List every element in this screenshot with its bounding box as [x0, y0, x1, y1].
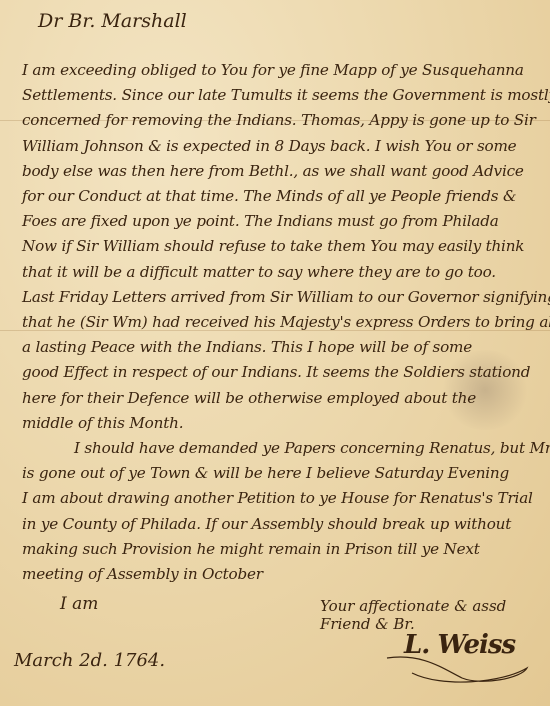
body-line: I should have demanded ye Papers concern… — [22, 436, 542, 461]
body-line: Foes are fixed upon ye point. The Indian… — [22, 209, 542, 234]
body-line: William Johnson & is expected in 8 Days … — [22, 134, 542, 159]
body-line: is gone out of ye Town & will be here I … — [22, 461, 542, 486]
signature: L. Weiss — [404, 630, 515, 660]
body-line: I am exceeding obliged to You for ye fin… — [22, 58, 542, 83]
letter-page: Dr Br. Marshall I am exceeding obliged t… — [0, 0, 550, 706]
letter-body: I am exceeding obliged to You for ye fin… — [22, 58, 542, 587]
body-line: a lasting Peace with the Indians. This I… — [22, 335, 542, 360]
body-line: for our Conduct at that time. The Minds … — [22, 184, 542, 209]
body-line: here for their Defence will be otherwise… — [22, 386, 542, 411]
letter-date: March 2d. 1764. — [14, 650, 165, 671]
body-line: in ye County of Philada. If our Assembly… — [22, 512, 542, 537]
body-line: meeting of Assembly in October — [22, 562, 542, 587]
body-line: I am about drawing another Petition to y… — [22, 486, 542, 511]
body-line: that it will be a difficult matter to sa… — [22, 260, 542, 285]
body-line: Now if Sir William should refuse to take… — [22, 234, 542, 259]
body-line: that he (Sir Wm) had received his Majest… — [22, 310, 542, 335]
body-line: good Effect in respect of our Indians. I… — [22, 360, 542, 385]
salutation: Dr Br. Marshall — [38, 10, 187, 32]
complimentary-close: Your affectionate & assd Friend & Br. — [320, 597, 550, 633]
body-line: Last Friday Letters arrived from Sir Wil… — [22, 285, 542, 310]
body-line: body else was then here from Bethl., as … — [22, 159, 542, 184]
body-line: concerned for removing the Indians. Thom… — [22, 108, 542, 133]
body-line: Settlements. Since our late Tumults it s… — [22, 83, 542, 108]
body-line: making such Provision he might remain in… — [22, 537, 542, 562]
body-line: middle of this Month. — [22, 411, 542, 436]
closing: I am — [60, 594, 98, 614]
